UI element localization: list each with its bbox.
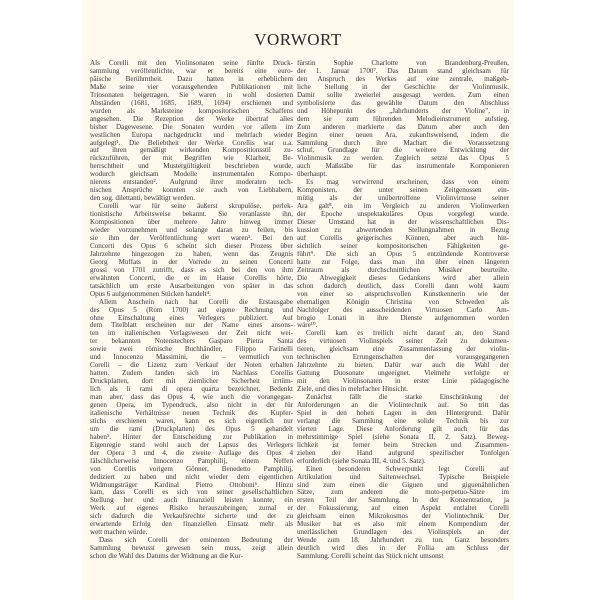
text-line: lich als li rami di opera quarta bezeich… [90, 386, 293, 394]
text-line: und Innocenzo Massimini, die – vermutlic… [90, 354, 293, 362]
text-line: Spiel in den hohen Lagen in den Hintergr… [297, 410, 509, 418]
text-line: mehrstimmige Spiel (siehe Sonata II, 2. … [297, 434, 509, 442]
text-line: Allem Anschein nach hat Corelli die Erst… [90, 299, 293, 307]
text-line: Damit sollte zweierlei ausgesagt werden.… [297, 92, 509, 100]
text-line: gleichsam einen Mikrokosmos der Violinte… [297, 513, 509, 521]
text-line: des Opus 5 (Rom 1700) auf eigene Rechnun… [90, 307, 293, 315]
text-line: Sammlung. Corelli scheint das Stück nich… [297, 553, 509, 561]
left-text-column: Als Corelli mit den Violinsonaten seine … [90, 60, 293, 561]
text-line: sichtlich seiner kompositorischen Fähigk… [297, 243, 509, 251]
text-line: Corelli war für seine äußerst skrupulöse… [90, 203, 293, 211]
text-line: Eigenregie stand wohl auch der Lapsus de… [90, 442, 293, 450]
text-line: vierten Lage. Diese Anforderung gilt auc… [297, 426, 509, 434]
text-line: ersten Teil der Sammlung. In der Konzent… [297, 497, 509, 505]
text-line: mit den Violinsonaten in erster Linie pä… [297, 378, 509, 386]
text-line: Zum anderen markierte das Datum aber auc… [297, 124, 509, 132]
text-line: dediziert zu haben und nicht wieder dem … [90, 474, 293, 482]
text-line: Dass sich Corelli der eminenten Bedeutun… [90, 537, 293, 545]
text-line: grossi von 1701 zutrifft, dass es sich b… [90, 267, 293, 275]
text-line: tieren, gleichsam eine Zusammenfassung d… [297, 346, 509, 354]
text-line: wett machen würde. [90, 529, 293, 537]
text-line: der Epoche unspektakuläres Opus vorgeleg… [297, 211, 509, 219]
text-line: Die Abwegigkeit dieses Gedankens wird ab… [297, 275, 509, 283]
text-line: wurden als Marksteine kompositorischen S… [90, 108, 293, 116]
text-line: um die rami (Druckplatten) des Opus 5 ge… [90, 426, 293, 434]
text-line: des virtuosen Violinspiels seiner Zeit z… [297, 338, 509, 346]
text-line: Georg Muffats in der Vorrede zu seinen C… [90, 259, 293, 267]
text-line: kussion zu abwertenden Stellungnahmen in… [297, 227, 509, 235]
text-line: Kompositionen über mehrere Jahre hinweg … [90, 219, 293, 227]
text-line: sind zum einen die Giguen und giguenähnl… [297, 482, 509, 490]
text-line: Ära galt⁸, ein im Vergleich zu anderen V… [297, 203, 509, 211]
text-line: deutlich wird dies in der Follia am Schl… [297, 545, 509, 553]
text-line: dem sie zum führenden Melodieinstrument … [297, 116, 509, 124]
text-line: und Höhepunkt des „Jahrhunderts der Viol… [297, 108, 509, 116]
text-line: Komponisten, der unter seinen Zeitgenoss… [297, 187, 509, 195]
text-line: ziehen der Hand aufgrund spezifischer To… [297, 450, 509, 458]
text-line: der Opera 3 und 4, die zweite Auflage de… [90, 450, 293, 458]
text-line: Violinmusik zu werden. Zugleich setzte d… [297, 155, 509, 163]
text-line: den sog. dilettanti, bewältigt werden. [90, 195, 293, 203]
text-line: auch Maßstäbe für das instrumentale Komp… [297, 163, 509, 171]
text-line: führt⁹. Die sich an Opus 5 entzündende K… [297, 251, 509, 259]
text-line: Beginn einer neuen Ära, zukunftsweisend,… [297, 132, 509, 140]
text-line: man aber, dass das Opus 4, wie auch die … [90, 394, 293, 402]
text-line: schuf, Grundlage für die weitere Entwick… [297, 147, 509, 155]
text-line: symbolisierte das gewählte Datum den Abs… [297, 100, 509, 108]
text-line: von einer so anspruchsvollen Kunstkenner… [297, 291, 509, 299]
text-line: liche Stellung in der Geschichte der Vio… [297, 84, 509, 92]
text-line: der 1. Januar 1700⁷. Das Datum stand gle… [297, 68, 509, 76]
text-line: Zeitraum als durchschnittlichen Musiker … [297, 267, 509, 275]
text-line: päische Berühmtheit. Dazu hatten in erhe… [90, 76, 293, 84]
text-line: den Anspruch des Werkes auf eine zentral… [297, 76, 509, 84]
text-line: Abständen (1681, 1685, 1689, 1694) ersch… [90, 100, 293, 108]
text-line: fürstin Sophie Charlotte von Brandenburg… [297, 60, 509, 68]
text-line: technischen Errungenschaften der vorausg… [297, 354, 509, 362]
text-line: Widmungsträger Kardinal Pietro Ottoboni⁶… [90, 482, 293, 490]
text-line: Sätze, zum anderen die moto-perpetuo-Sät… [297, 489, 509, 497]
text-line: Musiker hat es also mit einem Kompendium… [297, 521, 509, 529]
text-line: Jahrzehnte zu bieten. Dafür war auch die… [297, 362, 509, 370]
text-line: Corelli kam es freilich nicht darauf an,… [297, 330, 509, 338]
text-line: westlichen Europa nachgedruckt und mehrf… [90, 132, 293, 140]
text-line: überhaupt. [297, 171, 509, 179]
text-line: sammlung veröffentlichte, war er bereits… [90, 68, 293, 76]
text-line: fälschlicherweise Innocenzo Pamphilij, e… [90, 458, 293, 466]
text-line: brogio Lonati in ihre Dienste aufgenomme… [297, 315, 509, 323]
text-line: Ziele, und dies in mehrfacher Hinsicht. [297, 386, 509, 394]
text-line: schon die Wahl des Datums der Widmung an… [90, 553, 293, 561]
text-line: Jahrzehnte hingezogen zu haben, wenn das… [90, 251, 293, 259]
text-line: wäre¹⁰. [297, 322, 509, 330]
text-line: tionistische Arbeitsweise bekannt. Sie v… [90, 211, 293, 219]
text-line: Corelli – die Lizenz zum Verkauf der Not… [90, 362, 293, 370]
text-line: sowie zwei römische Buchhändler, Filippo… [90, 346, 293, 354]
text-line: tatsächlich um erste Ausarbeitungen von … [90, 283, 293, 291]
text-line: Stellung her und auch finanziell leisten… [90, 497, 293, 505]
text-line: erwartende Erfolg den finanziellen Einsa… [90, 521, 293, 529]
text-line: Nachfolger des ausscheidenden Virtuosen … [297, 307, 509, 315]
text-line: genen Opera, im Typendruck, also nicht i… [90, 402, 293, 410]
text-line: haben⁵. Hinter der Entscheidung zur Publ… [90, 434, 293, 442]
text-line: Sammlung bewusst gewesen sein muss, zeig… [90, 545, 293, 553]
text-line: verlangt die Sammlung eine solide Techni… [297, 418, 509, 426]
text-line: Dieser Umstand hat in der wissenschaftli… [297, 219, 509, 227]
text-line: sich dadurch die Verkaufsrechte sicherte… [90, 513, 293, 521]
text-line: schon dadurch deutlich, dass Corelli dan… [297, 283, 509, 291]
text-line: ten im italienischen Verlagswesen der Ze… [90, 330, 293, 338]
right-text-column: fürstin Sophie Charlotte von Brandenburg… [297, 60, 509, 561]
text-line: bisher Dagewesene. Die Sonaten wurden vo… [90, 124, 293, 132]
text-line: wieder vorzunehmen und solange daran zu … [90, 227, 293, 235]
text-line: aufgelegt¹. Die Beliebtheit der Werke Co… [90, 140, 293, 148]
text-line: Zunächst fällt die starke Einschränkung … [297, 394, 509, 402]
text-line: nischen Ansprüche konnten sie auch von L… [90, 187, 293, 195]
text-line: kam, dass Corelli es sich von seiner ges… [90, 489, 293, 497]
text-line: dem Titelblatt erscheinen nur der Name e… [90, 322, 293, 330]
text-line: ehemaligen Königin Christina von Schwede… [297, 299, 509, 307]
text-line: ter bekannten Notenstechers Gasparo Piet… [90, 338, 293, 346]
text-line: hatte zur Folge, dass man ihn über einen… [297, 259, 509, 267]
text-line: Triosonaten beigetragen. Sie waren in wo… [90, 92, 293, 100]
text-line: erforderlich (siehe Sonata III, 4. und 5… [297, 458, 509, 466]
text-line: Artikulation und Saitenwechsel. Typische… [297, 474, 509, 482]
text-line: ohne Einschaltung eines Verlegers publiz… [90, 315, 293, 323]
text-line: hatten. Zudem fanden sich im Nachlass Co… [90, 370, 293, 378]
text-line: rückzuführen, der mit Begriffen wie Klar… [90, 155, 293, 163]
text-line: Maße seine vier vorausgehenden Publikati… [90, 84, 293, 92]
text-line: Sammlung durch ihre Machart die Vorausse… [297, 140, 509, 148]
text-line: Als Corelli mit den Violinsonaten seine … [90, 60, 293, 68]
text-line: unerlässlichen Grundlagen des Violinspie… [297, 529, 509, 537]
text-line: lichkeit ist ferner beim Strecken und Zu… [297, 442, 509, 450]
text-line: auf Corellis geigerisches Können, aber a… [297, 235, 509, 243]
page-title: VORWORT [82, 30, 514, 50]
text-line: herrschtheit und Mustergültigkeit beschr… [90, 163, 293, 171]
text-line: von Corellis vorigem Gönner, Benedetto P… [90, 466, 293, 474]
text-line: Opus 6 aufgenommenen Stücken handelt⁴. [90, 291, 293, 299]
text-line: auf ihren gemäßigt wirkenden Komposition… [90, 147, 293, 155]
text-line: Anforderungen an die Violintechnik auf. … [297, 402, 509, 410]
text-line: Einen besonderen Schwerpunkt legt Corell… [297, 466, 509, 474]
text-line: Werk auf eigenes Risiko herauszubringen,… [90, 505, 293, 513]
text-line: mütig als der unübertroffene Violinvirtu… [297, 195, 509, 203]
text-line: nierens entstanden². Aufgrund ihrer mode… [90, 179, 293, 187]
text-line: Es mag verwirrend erscheinen, dass von e… [297, 179, 509, 187]
text-line: wodurch gleichsam Modelle instrumentalen… [90, 171, 293, 179]
text-line: stichs erschienen waren, kann es sich ei… [90, 418, 293, 426]
text-line: der Fokussierung, auf einen Aspekt entfa… [297, 505, 509, 513]
text-line: Concerti des Opus 6 scheint sich dieser … [90, 243, 293, 251]
text-line: Wende zum 18. Jahrhundert zu tun. Ganz b… [297, 537, 509, 545]
text-line: sie ihm der Veröffentlichung wert waren³… [90, 235, 293, 243]
text-line: Gattung Duosonate ungeeignet. Vielmehr v… [297, 370, 509, 378]
text-line: italienische Verhältnisse neuen Technik … [90, 410, 293, 418]
document-page: VORWORT Als Corelli mit den Violinsonate… [82, 0, 514, 600]
text-line: erwähnten Concerti, die er im Hause Core… [90, 275, 293, 283]
text-line: Druckplatten, dort mit ziemlicher Sicher… [90, 378, 293, 386]
text-line: angesehen. Die Rezeption der Werke übert… [90, 116, 293, 124]
